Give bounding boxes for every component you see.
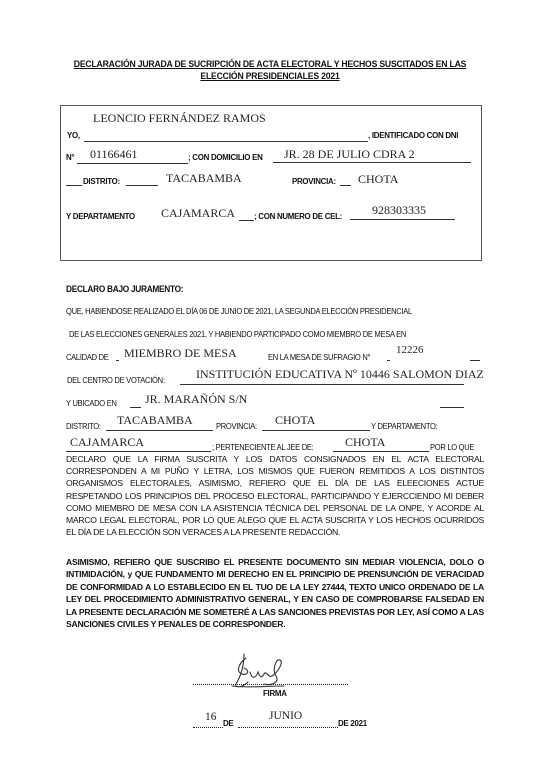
title-line-2: ELECCIÓN PRESIDENCIALES 2021 [73,70,468,82]
date-month-line [238,727,338,728]
departamento-label: Y DEPARTAMENTO [66,211,135,221]
signature-scribble-icon [228,650,298,692]
decl-distrito-line [106,430,213,431]
ubicado-value[interactable]: JR. MARAÑÓN S/N [145,392,247,407]
date-month[interactable]: JUNIO [269,710,302,722]
decl-departamento-value[interactable]: CAJAMARCA [70,435,144,450]
n-label: N° [66,152,74,162]
domicilio-value[interactable]: JR. 28 DE JULIO CDRA 2 [284,147,415,162]
cel-label: ; CON NUMERO DE CEL: [254,211,342,221]
distrito-value[interactable]: TACABAMBA [166,171,242,186]
provincia-label: PROVINCIA: [292,176,336,186]
document-title: DECLARACIÓN JURADA DE SUCRIPCIÓN DE ACTA… [73,58,468,82]
distrito-post-line [126,185,158,186]
distrito-label: DISTRITO: [83,176,120,186]
date-day-line [193,727,223,728]
domicilio-line [273,162,471,163]
centro-label: DEL CENTRO DE VOTACIÓN: [67,375,165,385]
departamento-line [239,220,254,221]
signature-label: FIRMA [263,688,287,698]
declarant-name[interactable]: LEONCIO FERNÁNDEZ RAMOS [93,111,266,126]
mesa-line [387,360,390,361]
mesa-value[interactable]: 12226 [396,344,424,356]
mesa-end-line [470,360,480,361]
asimismo-paragraph: ASIMISMO, REFIERO QUE SUSCRIBO EL PRESEN… [66,556,484,630]
por-lo-que-label: POR LO QUE [430,442,474,452]
calidad-label: CALIDAD DE [66,352,109,362]
jee-value[interactable]: CHOTA [345,435,385,450]
jee-label: ; PERTENECIENTE AL JEE DE: [212,442,313,452]
declaration-line-2: DE LAS ELECCIONES GENERALES 2021, Y HABI… [69,329,406,339]
jee-line [333,451,429,452]
personal-data-box [60,105,482,261]
decl-provincia-line [262,430,370,431]
title-line-1: DECLARACIÓN JURADA DE SUCRIPCIÓN DE ACTA… [73,58,468,70]
dni-line [77,163,188,164]
decl-provincia-value[interactable]: CHOTA [275,413,315,428]
domicilio-label: ; CON DOMICILIO EN [188,152,263,162]
decl-departamento-line [66,451,211,452]
provincia-value[interactable]: CHOTA [358,172,398,187]
centro-line [180,384,464,385]
cel-line [350,219,455,220]
declaration-heading: DECLARO BAJO JURAMENTO: [66,284,183,294]
ubicado-label: Y UBICADO EN [66,398,117,408]
decl-departamento-label: Y DEPARTAMENTO: [371,421,437,431]
dni-label: , IDENTIFICADO CON DNI [368,130,458,140]
date-year-label: DE 2021 [338,718,367,728]
centro-value[interactable]: INSTITUCIÓN EDUCATIVA Nº 10446 SALOMON D… [196,367,484,382]
declaration-body: DECLARO QUE LA FIRMA SUSCRITA Y LOS DATO… [66,453,484,538]
decl-distrito-label: DISTRITO: [66,421,101,431]
yo-label: YO, [67,130,80,140]
ubicado-line [130,407,141,408]
decl-provincia-label: PROVINCIA: [216,421,257,431]
calidad-line [116,360,119,361]
mesa-label: EN LA MESA DE SUFRAGIO N° [268,352,370,362]
signature-line[interactable] [193,684,348,685]
decl-distrito-value[interactable]: TACABAMBA [117,413,193,428]
distrito-pre-line [66,185,82,186]
date-de-label: DE [223,718,233,728]
date-day[interactable]: 16 [205,711,217,723]
dni-value[interactable]: 01166461 [90,147,138,162]
declaration-line-1: QUE, HABIENDOSE REALIZADO EL DÍA 06 DE J… [66,306,412,316]
departamento-value[interactable]: CAJAMARCA [161,206,235,221]
provincia-line [340,185,351,186]
name-line [84,141,368,142]
cel-value[interactable]: 928303335 [372,203,426,218]
ubicado-end-line [440,407,464,408]
calidad-value[interactable]: MIEMBRO DE MESA [124,346,237,361]
